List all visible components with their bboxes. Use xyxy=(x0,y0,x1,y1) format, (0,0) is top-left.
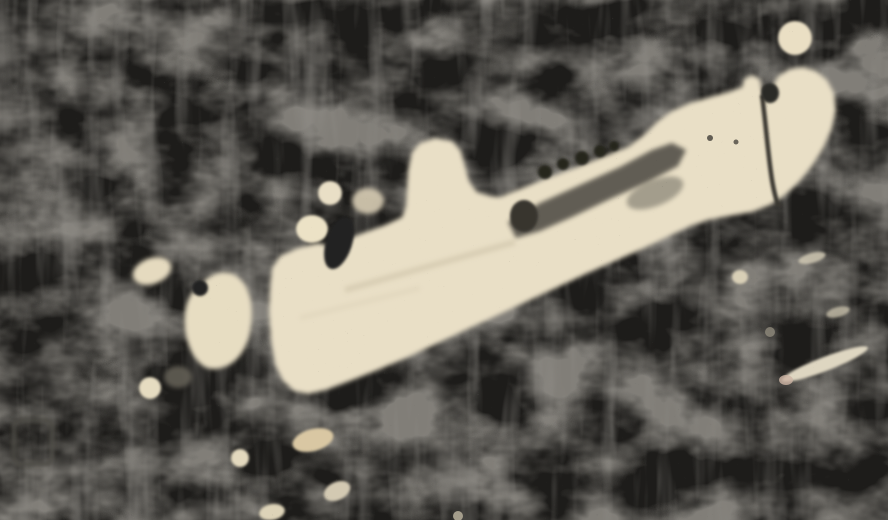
film-grain-light xyxy=(0,0,888,520)
reconnaissance-photo xyxy=(0,0,888,520)
reconnaissance-photo-svg xyxy=(0,0,888,520)
